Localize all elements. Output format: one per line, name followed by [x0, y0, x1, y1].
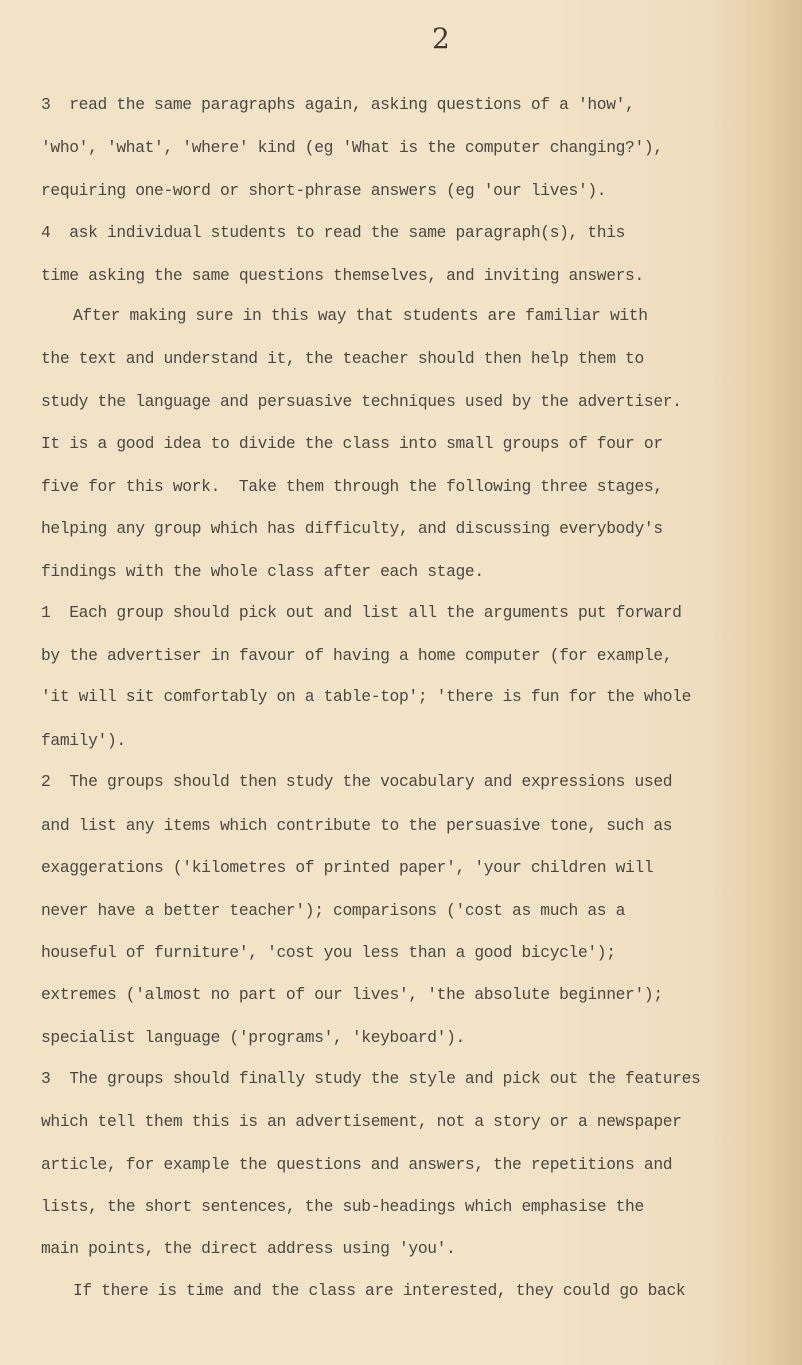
- text-line: 2 The groups should then study the vocab…: [41, 772, 672, 792]
- text-line: It is a good idea to divide the class in…: [41, 434, 663, 454]
- text-line: 'who', 'what', 'where' kind (eg 'What is…: [41, 138, 663, 158]
- text-line: requiring one-word or short-phrase answe…: [41, 181, 606, 201]
- text-line: study the language and persuasive techni…: [41, 392, 682, 412]
- text-line: time asking the same questions themselve…: [41, 266, 644, 286]
- text-line: family').: [41, 731, 126, 751]
- text-line: 'it will sit comfortably on a table-top'…: [41, 687, 691, 707]
- text-line: 3 read the same paragraphs again, asking…: [41, 95, 634, 115]
- text-line: main points, the direct address using 'y…: [41, 1239, 456, 1259]
- text-line: 3 The groups should finally study the st…: [41, 1069, 700, 1089]
- text-line: extremes ('almost no part of our lives',…: [41, 985, 663, 1005]
- text-line: by the advertiser in favour of having a …: [41, 646, 672, 666]
- text-line: houseful of furniture', 'cost you less t…: [41, 943, 616, 963]
- text-line: specialist language ('programs', 'keyboa…: [41, 1028, 465, 1048]
- text-line: 4 ask individual students to read the sa…: [41, 223, 625, 243]
- text-line: If there is time and the class are inter…: [73, 1281, 685, 1301]
- text-line: helping any group which has difficulty, …: [41, 519, 663, 539]
- text-line: five for this work. Take them through th…: [41, 477, 663, 497]
- text-line: the text and understand it, the teacher …: [41, 349, 644, 369]
- text-line: article, for example the questions and a…: [41, 1155, 672, 1175]
- text-line: which tell them this is an advertisement…: [41, 1112, 682, 1132]
- text-line: findings with the whole class after each…: [41, 562, 484, 582]
- text-line: lists, the short sentences, the sub-head…: [41, 1197, 644, 1217]
- text-line: After making sure in this way that stude…: [73, 306, 648, 326]
- text-line: never have a better teacher'); compariso…: [41, 901, 625, 921]
- text-line: 1 Each group should pick out and list al…: [41, 603, 682, 623]
- page-number: 2: [432, 22, 450, 55]
- text-line: exaggerations ('kilometres of printed pa…: [41, 858, 653, 878]
- text-line: and list any items which contribute to t…: [41, 816, 672, 836]
